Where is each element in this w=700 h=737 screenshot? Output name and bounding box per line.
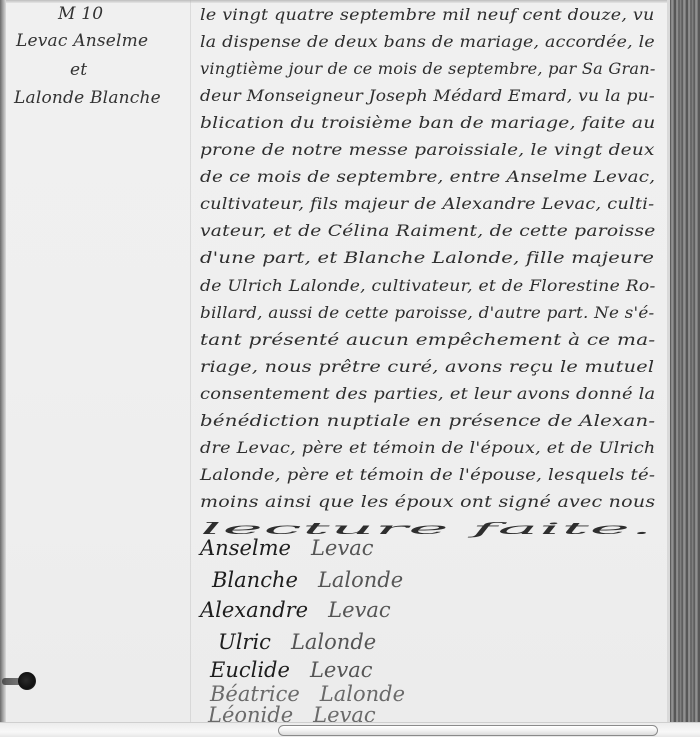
punch-hole-dot bbox=[18, 672, 36, 690]
signature-gap bbox=[291, 536, 311, 560]
signature-first-name: Anselme bbox=[200, 536, 291, 560]
record-line: blication du troisième ban de mariage, f… bbox=[200, 114, 655, 132]
signature-first-name: Alexandre bbox=[200, 598, 308, 622]
signature-first-name: Blanche bbox=[212, 568, 298, 592]
margin-groom-name: Levac Anselme bbox=[16, 31, 148, 51]
document-viewer: M 10 Levac Anselme et Lalonde Blanche le… bbox=[0, 0, 700, 737]
record-line: moins ainsi que les époux ont signé avec… bbox=[200, 493, 655, 511]
signature-gap bbox=[290, 658, 310, 682]
signature: Euclide Levac bbox=[210, 658, 372, 682]
margin-conjunction: et bbox=[70, 60, 87, 80]
signature-last-name: Levac bbox=[311, 536, 374, 560]
signature: Alexandre Levac bbox=[200, 598, 391, 622]
record-line: billard, aussi de cette paroisse, d'autr… bbox=[200, 304, 654, 322]
record-line: le vingt quatre septembre mil neuf cent … bbox=[200, 6, 655, 24]
record-line: riage, nous prêtre curé, avons reçu le m… bbox=[200, 358, 654, 376]
record-line: bénédiction nuptiale en présence de Alex… bbox=[200, 412, 655, 430]
record-line: de ce mois de septembre, entre Anselme L… bbox=[200, 168, 655, 186]
margin-divider bbox=[190, 0, 191, 722]
signature-last-name: Levac bbox=[310, 658, 373, 682]
signature-gap bbox=[293, 703, 313, 722]
horizontal-scrollbar-thumb[interactable] bbox=[278, 725, 658, 736]
record-line: tant présenté aucun empêchement à ce ma- bbox=[200, 331, 655, 349]
punch-hole-mark bbox=[2, 672, 36, 690]
margin-entry-number: M 10 bbox=[58, 4, 103, 24]
page-top-edge bbox=[0, 0, 700, 3]
signature-last-name: Levac bbox=[313, 703, 376, 722]
page-binding-edge bbox=[667, 0, 700, 722]
margin-bride-name: Lalonde Blanche bbox=[14, 88, 161, 108]
record-line: cultivateur, fils majeur de Alexandre Le… bbox=[200, 195, 654, 213]
record-line: la dispense de deux bans de mariage, acc… bbox=[200, 33, 655, 51]
scanned-register-page: M 10 Levac Anselme et Lalonde Blanche le… bbox=[0, 0, 700, 722]
record-line: dre Levac, père et témoin de l'époux, et… bbox=[200, 439, 655, 457]
signature-last-name: Lalonde bbox=[318, 568, 403, 592]
record-line: de Ulrich Lalonde, cultivateur, et de Fl… bbox=[200, 277, 655, 295]
record-line: prone de notre messe paroissiale, le vin… bbox=[200, 141, 655, 159]
record-line: d'une part, et Blanche Lalonde, fille ma… bbox=[200, 249, 654, 267]
record-line: vateur, et de Célina Raiment, de cette p… bbox=[200, 222, 656, 240]
signature-last-name: Levac bbox=[328, 598, 391, 622]
record-line: consentement des parties, et leur avons … bbox=[200, 385, 655, 403]
signature: Ulric Lalonde bbox=[218, 630, 376, 654]
signature-last-name: Lalonde bbox=[291, 630, 376, 654]
signature-gap bbox=[271, 630, 291, 654]
signature-first-name: Léonide bbox=[208, 703, 293, 722]
record-line: deur Monseigneur Joseph Médard Emard, vu… bbox=[200, 87, 655, 105]
record-line: Lalonde, père et témoin de l'épouse, les… bbox=[200, 466, 655, 484]
signature-gap bbox=[298, 568, 318, 592]
signature-first-name: Euclide bbox=[210, 658, 290, 682]
record-line: vingtième jour de ce mois de septembre, … bbox=[200, 60, 656, 78]
signature-first-name: Ulric bbox=[218, 630, 271, 654]
page-left-edge bbox=[0, 0, 6, 722]
signature: Léonide Levac bbox=[208, 703, 376, 722]
signature: Blanche Lalonde bbox=[212, 568, 403, 592]
signature: Anselme Levac bbox=[200, 536, 374, 560]
signature-gap bbox=[308, 598, 328, 622]
horizontal-scrollbar[interactable] bbox=[0, 722, 700, 737]
